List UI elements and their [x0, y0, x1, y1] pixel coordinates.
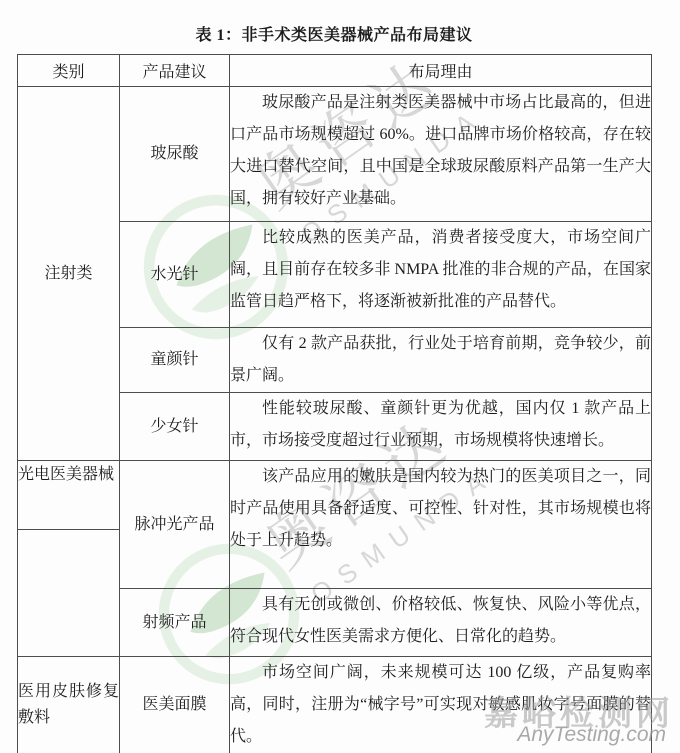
category-cell-optoelectronic: 光电医美器械: [18, 461, 120, 530]
header-category: 类别: [18, 55, 120, 87]
reason-cell: 性能较玻尿酸、童颜针更为优越，国内仅 1 款产品上市，市场接受度超过行业预期，市…: [230, 393, 652, 461]
reason-cell: 具有无创或微创、价格较低、恢复快、风险小等优点，符合现代女性医美需求方便化、日常…: [230, 589, 652, 657]
reason-cell: 仅有 2 款产品获批，行业处于培育前期，竞争较少，前景广阔。: [230, 328, 652, 393]
table-row: 注射类 玻尿酸 玻尿酸产品是注射类医美器械中市场占比最高的，但进口产品市场规模超…: [18, 87, 652, 222]
reason-cell: 市场空间广阔，未来规模可达 100 亿级，产品复购率高，同时，注册为“械字号”可…: [230, 657, 652, 753]
table-row: 光电医美器械 脉冲光产品 该产品应用的嫩肤是国内较为热门的医美项目之一，同时产品…: [18, 461, 652, 530]
reason-cell: 该产品应用的嫩肤是国内较为热门的医美项目之一，同时产品使用具备舒适度、可控性、针…: [230, 461, 652, 589]
reason-cell: 玻尿酸产品是注射类医美器械中市场占比最高的，但进口产品市场规模超过 60%。进口…: [230, 87, 652, 222]
reason-cell: 比较成熟的医美产品，消费者接受度大，市场空间广阔，且目前存在较多非 NMPA 批…: [230, 222, 652, 328]
product-cell: 脉冲光产品: [120, 461, 230, 589]
header-product: 产品建议: [120, 55, 230, 87]
document-page: 奥咨达 OSMUNDA 奥咨达 OSMUNDA 表 1：非手术类医美器械产品布局…: [0, 0, 680, 753]
product-cell: 水光针: [120, 222, 230, 328]
product-cell: 少女针: [120, 393, 230, 461]
category-cell-injection: 注射类: [18, 87, 120, 461]
product-cell: 童颜针: [120, 328, 230, 393]
header-reason: 布局理由: [230, 55, 652, 87]
layout-table: 类别 产品建议 布局理由 注射类 玻尿酸 玻尿酸产品是注射类医美器械中市场占比最…: [17, 54, 652, 753]
product-cell: 医美面膜: [120, 657, 230, 753]
table-title: 表 1：非手术类医美器械产品布局建议: [17, 22, 651, 45]
product-cell: 玻尿酸: [120, 87, 230, 222]
header-row: 类别 产品建议 布局理由: [18, 55, 652, 87]
category-cell-dressing: 医用皮肤修复敷料: [18, 657, 120, 753]
table-row: 医用皮肤修复敷料 医美面膜 市场空间广阔，未来规模可达 100 亿级，产品复购率…: [18, 657, 652, 753]
empty-category-cell: [18, 530, 120, 657]
product-cell: 射频产品: [120, 589, 230, 657]
